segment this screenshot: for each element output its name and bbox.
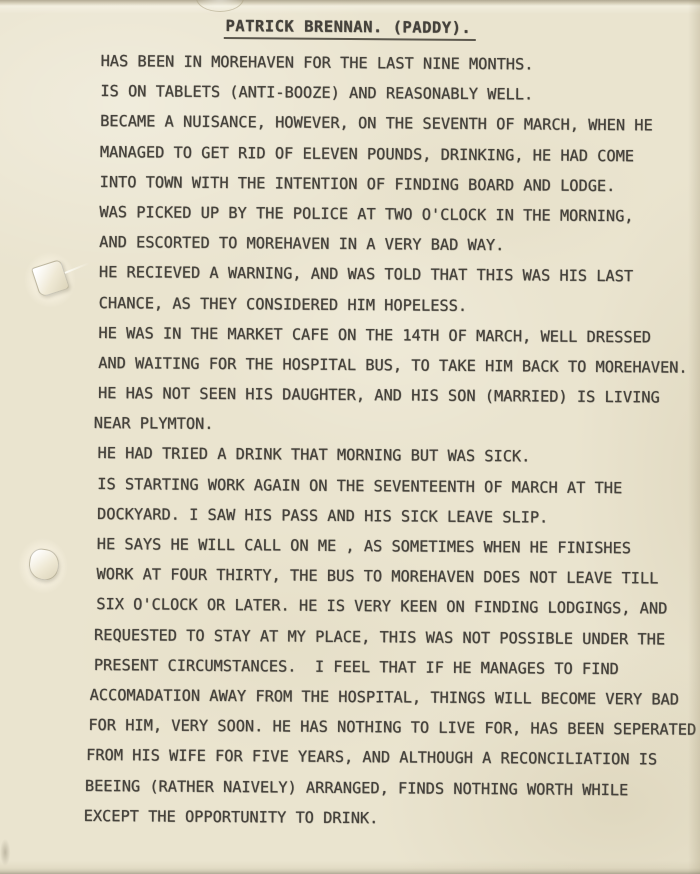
page-title: PATRICK BRENNAN. (PADDY). (0, 15, 700, 38)
typewritten-line: BECAME A NUISANCE, HOWEVER, ON THE SEVEN… (0, 106, 699, 142)
typewritten-line: SIX O'CLOCK OR LATER. HE IS VERY KEEN ON… (0, 589, 695, 625)
page-title-text: PATRICK BRENNAN. (PADDY). (223, 17, 476, 41)
typewritten-line: BEEING (RATHER NAIVELY) ARRANGED, FINDS … (0, 770, 694, 806)
typewritten-line: HE RECIEVED A WARNING, AND WAS TOLD THAT… (0, 257, 698, 293)
paper-bottom-edge (0, 860, 700, 874)
scanned-typewritten-page: PATRICK BRENNAN. (PADDY). HAS BEEN IN MO… (0, 0, 700, 874)
typewritten-line: FROM HIS WIFE FOR FIVE YEARS, AND ALTHOU… (0, 740, 694, 776)
document-body: HAS BEEN IN MOREHAVEN FOR THE LAST NINE … (0, 45, 700, 835)
paper-right-edge-shading (688, 0, 700, 874)
typewritten-line: HE HAD TRIED A DRINK THAT MORNING BUT WA… (0, 438, 697, 474)
typewritten-line: EXCEPT THE OPPORTUNITY TO DRINK. (0, 800, 694, 836)
typewritten-text-block: PATRICK BRENNAN. (PADDY). HAS BEEN IN MO… (0, 9, 700, 835)
typewritten-line: CHANCE, AS THEY CONSIDERED HIM HOPELESS. (0, 287, 698, 323)
